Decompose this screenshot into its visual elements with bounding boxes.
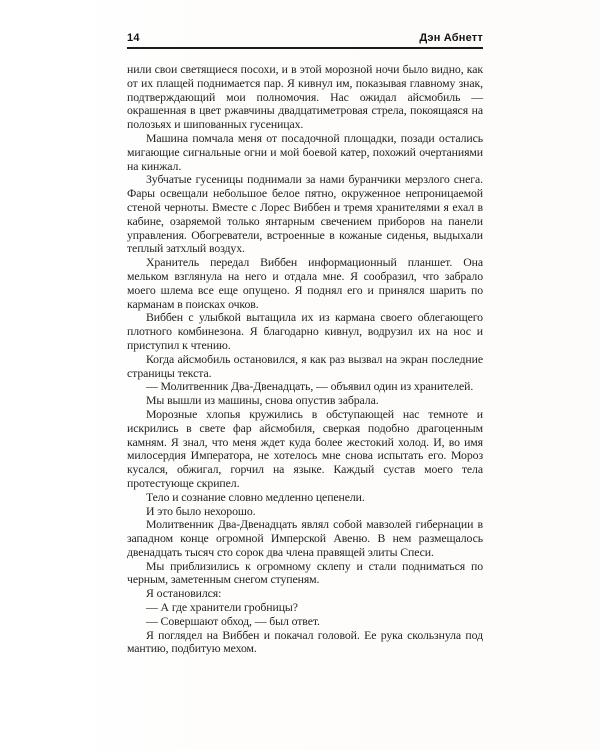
paragraph: Хранитель передал Виббен информационный … <box>127 256 483 311</box>
paragraph: Зубчатые гусеницы поднимали за нами бура… <box>127 173 483 256</box>
paragraph: Молитвенник Два-Двенадцать являл собой м… <box>127 518 483 559</box>
paragraph: Морозные хлопья кружились в обступающей … <box>127 408 483 491</box>
paragraph: Мы приблизились к огромному склепу и ста… <box>127 560 483 588</box>
running-title: Дэн Абнетт <box>419 32 483 44</box>
paragraph: — Совершают обход, — был ответ. <box>127 615 483 629</box>
paragraph: Я поглядел на Виббен и покачал головой. … <box>127 629 483 657</box>
paragraph: Когда айсмобиль остановился, я как раз в… <box>127 353 483 381</box>
paragraph: Мы вышли из машины, снова опустив забрал… <box>127 394 483 408</box>
paragraph: Я остановился: <box>127 587 483 601</box>
paragraph: нили свои светящиеся посохи, и в этой мо… <box>127 63 483 132</box>
page-content: 14 Дэн Абнетт нили свои светящиеся посох… <box>127 32 483 656</box>
book-page: 14 Дэн Абнетт нили свои светящиеся посох… <box>0 0 600 750</box>
paragraph: — Молитвенник Два-Двенадцать, — объявил … <box>127 380 483 394</box>
paragraph: Тело и сознание словно медленно цепенели… <box>127 491 483 505</box>
paragraph: — А где хранители гробницы? <box>127 601 483 615</box>
paragraph: Машина помчала меня от посадочной площад… <box>127 132 483 173</box>
paragraph: Виббен с улыбкой вытащила их из кармана … <box>127 311 483 352</box>
page-body: нили свои светящиеся посохи, и в этой мо… <box>127 63 483 656</box>
paragraph: И это было нехорошо. <box>127 505 483 519</box>
page-header: 14 Дэн Абнетт <box>127 32 483 49</box>
page-number: 14 <box>127 32 140 44</box>
